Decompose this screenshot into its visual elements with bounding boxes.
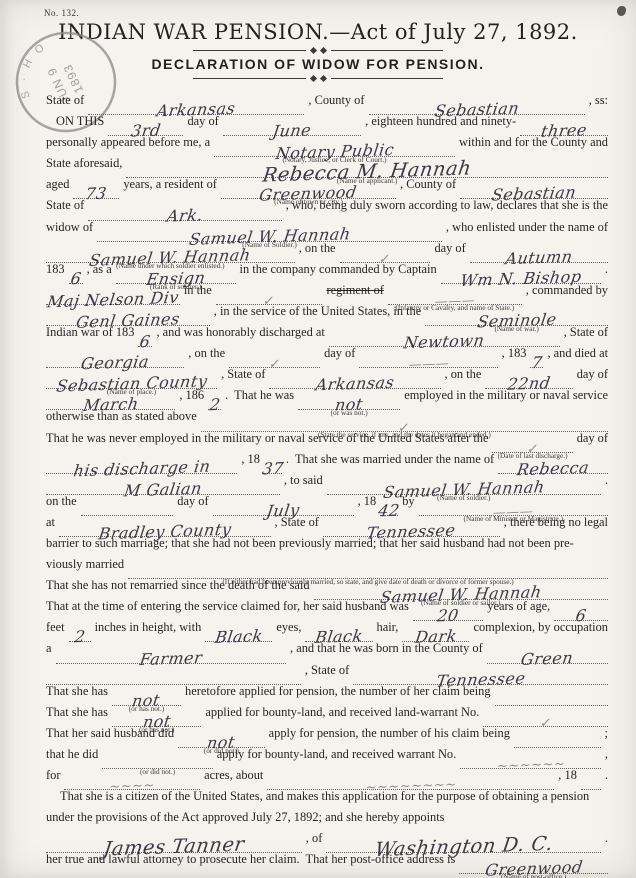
printed-text: a — [44, 642, 54, 654]
form-line: Samuel W. Hannah(Name under which soldie… — [44, 242, 610, 263]
printed-text: , and died at — [545, 347, 610, 359]
handwritten-entry: ✓ — [262, 295, 275, 308]
form-line: State aforesaid,Rebecca M. Hannah(Name o… — [44, 157, 610, 178]
form-line: otherwise than as stated above✓(State th… — [44, 410, 610, 431]
blank-field: not(or did not.) — [178, 734, 265, 748]
blank-field: Georgia — [46, 354, 184, 368]
printed-text: That she has — [44, 706, 110, 718]
blank-field: Tennessee — [323, 523, 500, 537]
blank-field: 73 — [73, 185, 119, 199]
blank-field: ~~~~ — [64, 776, 200, 790]
document-page: No. 132. INDIAN WAR PENSION.—Act of July… — [0, 0, 636, 878]
form-line: ON THIS3rdday ofJune, eighteen hundred a… — [44, 115, 610, 136]
printed-text: widow of — [44, 221, 95, 233]
printed-text: 183 — [44, 263, 67, 275]
blank-field — [581, 776, 601, 790]
handwritten-entry: Green — [520, 650, 574, 668]
handwritten-entry: Georgia — [80, 354, 150, 372]
blank-field: 6 — [138, 333, 152, 347]
blank-field: Sebastian County(Name of place.) — [46, 375, 217, 389]
printed-text: . — [603, 474, 610, 486]
printed-text: years, a resident of — [121, 178, 219, 190]
printed-text: , of — [304, 832, 325, 844]
handwritten-entry: Farmer — [138, 649, 203, 667]
handwritten-entry: 6 — [69, 271, 82, 287]
printed-text: , 183 — [500, 347, 529, 359]
form-line: personally appeared before me, aNotary P… — [44, 136, 610, 157]
printed-text: . That he was — [223, 389, 296, 401]
handwritten-entry: ~~~~~~~~ — [364, 778, 457, 794]
handwritten-entry: James Tanner — [102, 834, 245, 859]
blank-field: ———(Infantry or Cavalry, and name of Sta… — [388, 291, 522, 305]
handwritten-entry: ~~~~ — [109, 779, 156, 794]
printed-text: regiment of — [324, 284, 385, 296]
blank-field: M Galian — [46, 481, 280, 495]
handwritten-entry: ——— — [434, 294, 476, 308]
handwritten-entry: ——— — [492, 505, 534, 519]
printed-text: day of — [322, 347, 357, 359]
printed-text: . — [603, 263, 610, 275]
printed-text: , and was honorably discharged at — [154, 326, 326, 338]
printed-text: ; — [603, 727, 610, 739]
handwritten-entry: not — [334, 397, 364, 414]
printed-text: State of — [44, 199, 86, 211]
blank-field: (or did not.) — [102, 755, 212, 769]
handwritten-entry: Washington D. C. — [373, 834, 554, 860]
blank-field: July — [213, 502, 354, 516]
printed-text: hair, — [375, 621, 401, 633]
printed-text: applied for bounty-land, and received la… — [203, 706, 481, 718]
form-line: that he did(or did not.)apply for bounty… — [44, 748, 610, 769]
form-line: That she hasnot(or has not.)heretofore a… — [44, 685, 610, 706]
printed-text: . That she was married under the name of — [284, 453, 496, 465]
printed-text: . — [603, 769, 610, 781]
printed-text: , ss: — [587, 94, 610, 106]
blank-field: Autumn — [470, 249, 608, 263]
blank-field: March — [46, 396, 175, 410]
blank-field: Notary Public(Notary, Justice, or Clerk … — [214, 143, 455, 157]
handwritten-entry: 20 — [436, 608, 460, 625]
blank-field: ———(Name of Minister or Magistrate.) — [419, 502, 608, 516]
printed-text: , who enlisted under the name of — [444, 221, 610, 233]
handwritten-entry: 2 — [208, 397, 221, 413]
handwritten-entry: Bradley County — [97, 522, 232, 543]
blank-field: Tennessee — [353, 671, 608, 685]
printed-text: , — [603, 748, 610, 760]
handwritten-entry: Tennessee — [435, 670, 526, 689]
handwritten-entry: ~~~~~~ — [495, 758, 565, 773]
blank-field: Greenwood(Name of post-office.) — [459, 860, 608, 874]
blank-field: ~~~~~~ — [460, 755, 601, 769]
blank-field: Samuel W. Hannah(Name of Soldier.) — [97, 228, 442, 242]
blank-field: Sebastian — [460, 185, 608, 199]
printed-text: , State of — [303, 664, 351, 676]
handwritten-entry: M Galian — [123, 480, 203, 499]
printed-text: , to said — [282, 474, 325, 486]
handwritten-entry: not — [142, 713, 172, 730]
blank-field: Arkansas — [269, 375, 440, 389]
blank-field: ✓(State the service, if any, and the dat… — [201, 418, 608, 432]
handwritten-entry: 42 — [377, 502, 401, 519]
blank-field: Seminole(Name of war.) — [425, 312, 608, 326]
blank-field: ~~~~~~~~ — [267, 776, 554, 790]
handwritten-entry: Seminole — [476, 312, 557, 331]
printed-text: apply for pension, the number of his cla… — [267, 727, 512, 739]
handwritten-entry: Ark. — [166, 207, 204, 224]
blank-field — [514, 734, 601, 748]
blank-field: Rebecca — [498, 460, 608, 474]
blank-field: Maj Nelson Div — [46, 291, 180, 305]
blank-field: Ensign(Rank of soldier.) — [116, 270, 236, 284]
blank-field: Samuel W. Hannah(Name of soldier.) — [327, 481, 601, 495]
handwritten-entry: 2 — [73, 629, 86, 645]
printed-text: ON THIS — [54, 115, 106, 127]
handwritten-entry: Rebecca — [516, 459, 590, 478]
blank-field: not(or has not.) — [112, 713, 201, 727]
handwritten-entry: Autumn — [504, 249, 573, 267]
printed-text: complexion, by occupation — [471, 621, 610, 633]
handwritten-entry: 22nd — [506, 376, 551, 394]
blank-field: ✓ — [229, 354, 320, 368]
printed-text: day of — [575, 432, 610, 444]
handwritten-entry: three — [540, 122, 588, 140]
blank-field: 2 — [69, 628, 91, 642]
handwritten-entry: ✓ — [526, 442, 539, 455]
blank-field: ✓ — [340, 249, 431, 263]
printed-text: , on the — [186, 347, 227, 359]
handwritten-entry: Genl Gaines — [75, 311, 181, 331]
form-number: No. 132. — [44, 8, 79, 18]
blank-field: ——— — [359, 354, 497, 368]
blank-field: 7 — [530, 354, 543, 368]
blank-field: three — [520, 122, 608, 136]
printed-text: That at the time of entering the service… — [44, 600, 411, 612]
blank-field: Greenwood(Name of town or city.) — [221, 185, 396, 199]
printed-text: aged — [44, 178, 71, 190]
blank-field: Ark. — [88, 207, 281, 221]
printed-text: inches in height, with — [93, 621, 204, 633]
handwritten-entry: Black — [314, 629, 364, 647]
printed-text: , in the service of the United States, i… — [212, 305, 424, 317]
blank-field — [81, 502, 174, 516]
blank-field: Wm N. Bishop — [441, 270, 601, 284]
handwritten-entry: Dark — [414, 629, 458, 647]
handwritten-entry: Maj Nelson Div — [46, 290, 180, 311]
printed-text: State of — [44, 94, 86, 106]
printed-text: at — [44, 516, 57, 528]
printed-text: , 18 — [239, 453, 262, 465]
form-line: Georgia, on the✓day of———, 1837, and die… — [44, 347, 610, 368]
blank-field: 37 — [264, 460, 282, 474]
handwritten-entry: 73 — [85, 186, 109, 203]
form-line: That her said husband didnot(or did not.… — [44, 727, 610, 748]
blank-field: not(or was not.) — [298, 396, 400, 410]
form-line: James Tanner, ofWashington D. C.. — [44, 832, 610, 853]
handwritten-entry: ✓ — [398, 421, 411, 434]
handwritten-entry: Sebastian — [433, 101, 520, 120]
printed-text: under the provisions of the Act approved… — [44, 811, 447, 823]
handwritten-entry: his discharge in — [72, 458, 211, 479]
blank-field: ✓ — [216, 291, 323, 305]
handwritten-entry: ——— — [407, 357, 449, 371]
blank-field: June — [223, 122, 361, 136]
blank-field: 42 — [380, 502, 398, 516]
ornamental-divider — [193, 48, 443, 53]
printed-text: that he did — [44, 748, 100, 760]
handwritten-entry: Tennessee — [366, 522, 457, 541]
handwritten-entry: Black — [214, 629, 264, 647]
blank-field: Green — [487, 650, 608, 664]
blank-field: 20 — [413, 607, 483, 621]
blank-field: Washington D. C. — [326, 839, 601, 853]
blank-field: ✓ — [483, 713, 608, 727]
printed-text: acres, about — [202, 769, 265, 781]
printed-text: viously married — [44, 558, 126, 570]
handwritten-entry: Sebastian — [491, 185, 578, 204]
printed-text: State aforesaid, — [44, 157, 124, 169]
blank-field: 3rd — [108, 122, 183, 136]
blank-field: Farmer — [56, 650, 287, 664]
printed-text: personally appeared before me, a — [44, 136, 212, 148]
blank-field: Dark — [402, 628, 469, 642]
printed-text: day of — [575, 368, 610, 380]
blank-field: James Tanner — [46, 839, 302, 853]
blank-field: 22nd — [485, 375, 572, 389]
blank-field: 6 — [69, 270, 83, 284]
printed-text: in the company commanded by Captain — [238, 263, 439, 275]
handwritten-entry: March — [82, 396, 140, 414]
printed-text: , County of — [306, 94, 366, 106]
printed-text: , State of — [562, 326, 610, 338]
form-line: viously married(If either had been previ… — [44, 558, 610, 579]
printed-text: . — [603, 832, 610, 844]
form-line: under the provisions of the Act approved… — [44, 811, 610, 832]
printed-text: That she has — [44, 685, 110, 697]
blank-field: Arkansas — [88, 101, 304, 115]
printed-text: within and for the County and — [457, 136, 610, 148]
blank-field: 2 — [208, 396, 221, 410]
handwritten-entry: 37 — [261, 460, 285, 477]
form-line: feet2inches in height, withBlackeyes,Bla… — [44, 621, 610, 642]
blank-field: 6 — [554, 607, 608, 621]
blank-field — [46, 671, 301, 685]
printed-text: day of — [432, 242, 467, 254]
handwritten-entry: ✓ — [268, 358, 281, 371]
handwritten-entry: ✓ — [378, 253, 391, 266]
ornamental-divider — [193, 76, 443, 81]
printed-text: eyes, — [274, 621, 303, 633]
blank-field: Samuel W. Hannah(Name under which soldie… — [46, 249, 295, 263]
form-line: widow ofSamuel W. Hannah(Name of Soldier… — [44, 221, 610, 242]
blank-field: not(or has not.) — [112, 692, 181, 706]
handwritten-entry: Arkansas — [315, 375, 396, 394]
blank-field: his discharge in — [46, 460, 237, 474]
printed-text: , State of — [219, 368, 267, 380]
handwritten-entry: Greenwood — [484, 860, 584, 878]
blank-field — [495, 692, 608, 706]
blank-field: Rebecca M. Hannah(Name of applicant.) — [126, 164, 608, 178]
handwritten-entry: 7 — [530, 355, 543, 371]
printed-text: for — [44, 769, 62, 781]
handwritten-entry: Wm N. Bishop — [459, 269, 582, 289]
blank-field: Samuel W. Hannah(Name of soldier or sail… — [314, 586, 608, 600]
handwritten-entry: 3rd — [130, 123, 162, 140]
handwritten-entry: Ensign — [145, 270, 206, 288]
form-line: That at the time of entering the service… — [44, 600, 610, 621]
printed-text: , 18 — [356, 495, 379, 507]
blank-field: Newtown — [329, 333, 560, 347]
handwritten-entry: June — [272, 122, 313, 139]
handwritten-entry: Arkansas — [156, 101, 237, 120]
handwritten-entry: not — [131, 692, 161, 709]
handwritten-entry: Greenwood — [259, 185, 359, 204]
blank-field: Sebastian — [369, 101, 585, 115]
blank-field: Bradley County — [59, 523, 271, 537]
printed-text: on the — [44, 495, 79, 507]
printed-text: , on the — [443, 368, 484, 380]
form-line: State ofArkansas, County ofSebastian, ss… — [44, 94, 610, 115]
printed-text: apply for bounty-land, and received warr… — [215, 748, 458, 760]
blank-field: Black — [205, 628, 272, 642]
blank-field: Black — [305, 628, 372, 642]
handwritten-entry: not — [206, 734, 236, 751]
form-body: State ofArkansas, County ofSebastian, ss… — [0, 84, 636, 874]
handwritten-entry: Newtown — [403, 333, 486, 352]
handwritten-entry: July — [266, 502, 301, 519]
field-caption: (or did not.) — [140, 768, 175, 775]
blank-field: (If either had been previously married, … — [128, 565, 608, 579]
blank-field: Genl Gaines — [46, 312, 210, 326]
printed-text: feet — [44, 621, 67, 633]
blank-field: ✓(Date of last discharge.) — [492, 439, 572, 453]
handwritten-entry: ✓ — [539, 717, 552, 730]
